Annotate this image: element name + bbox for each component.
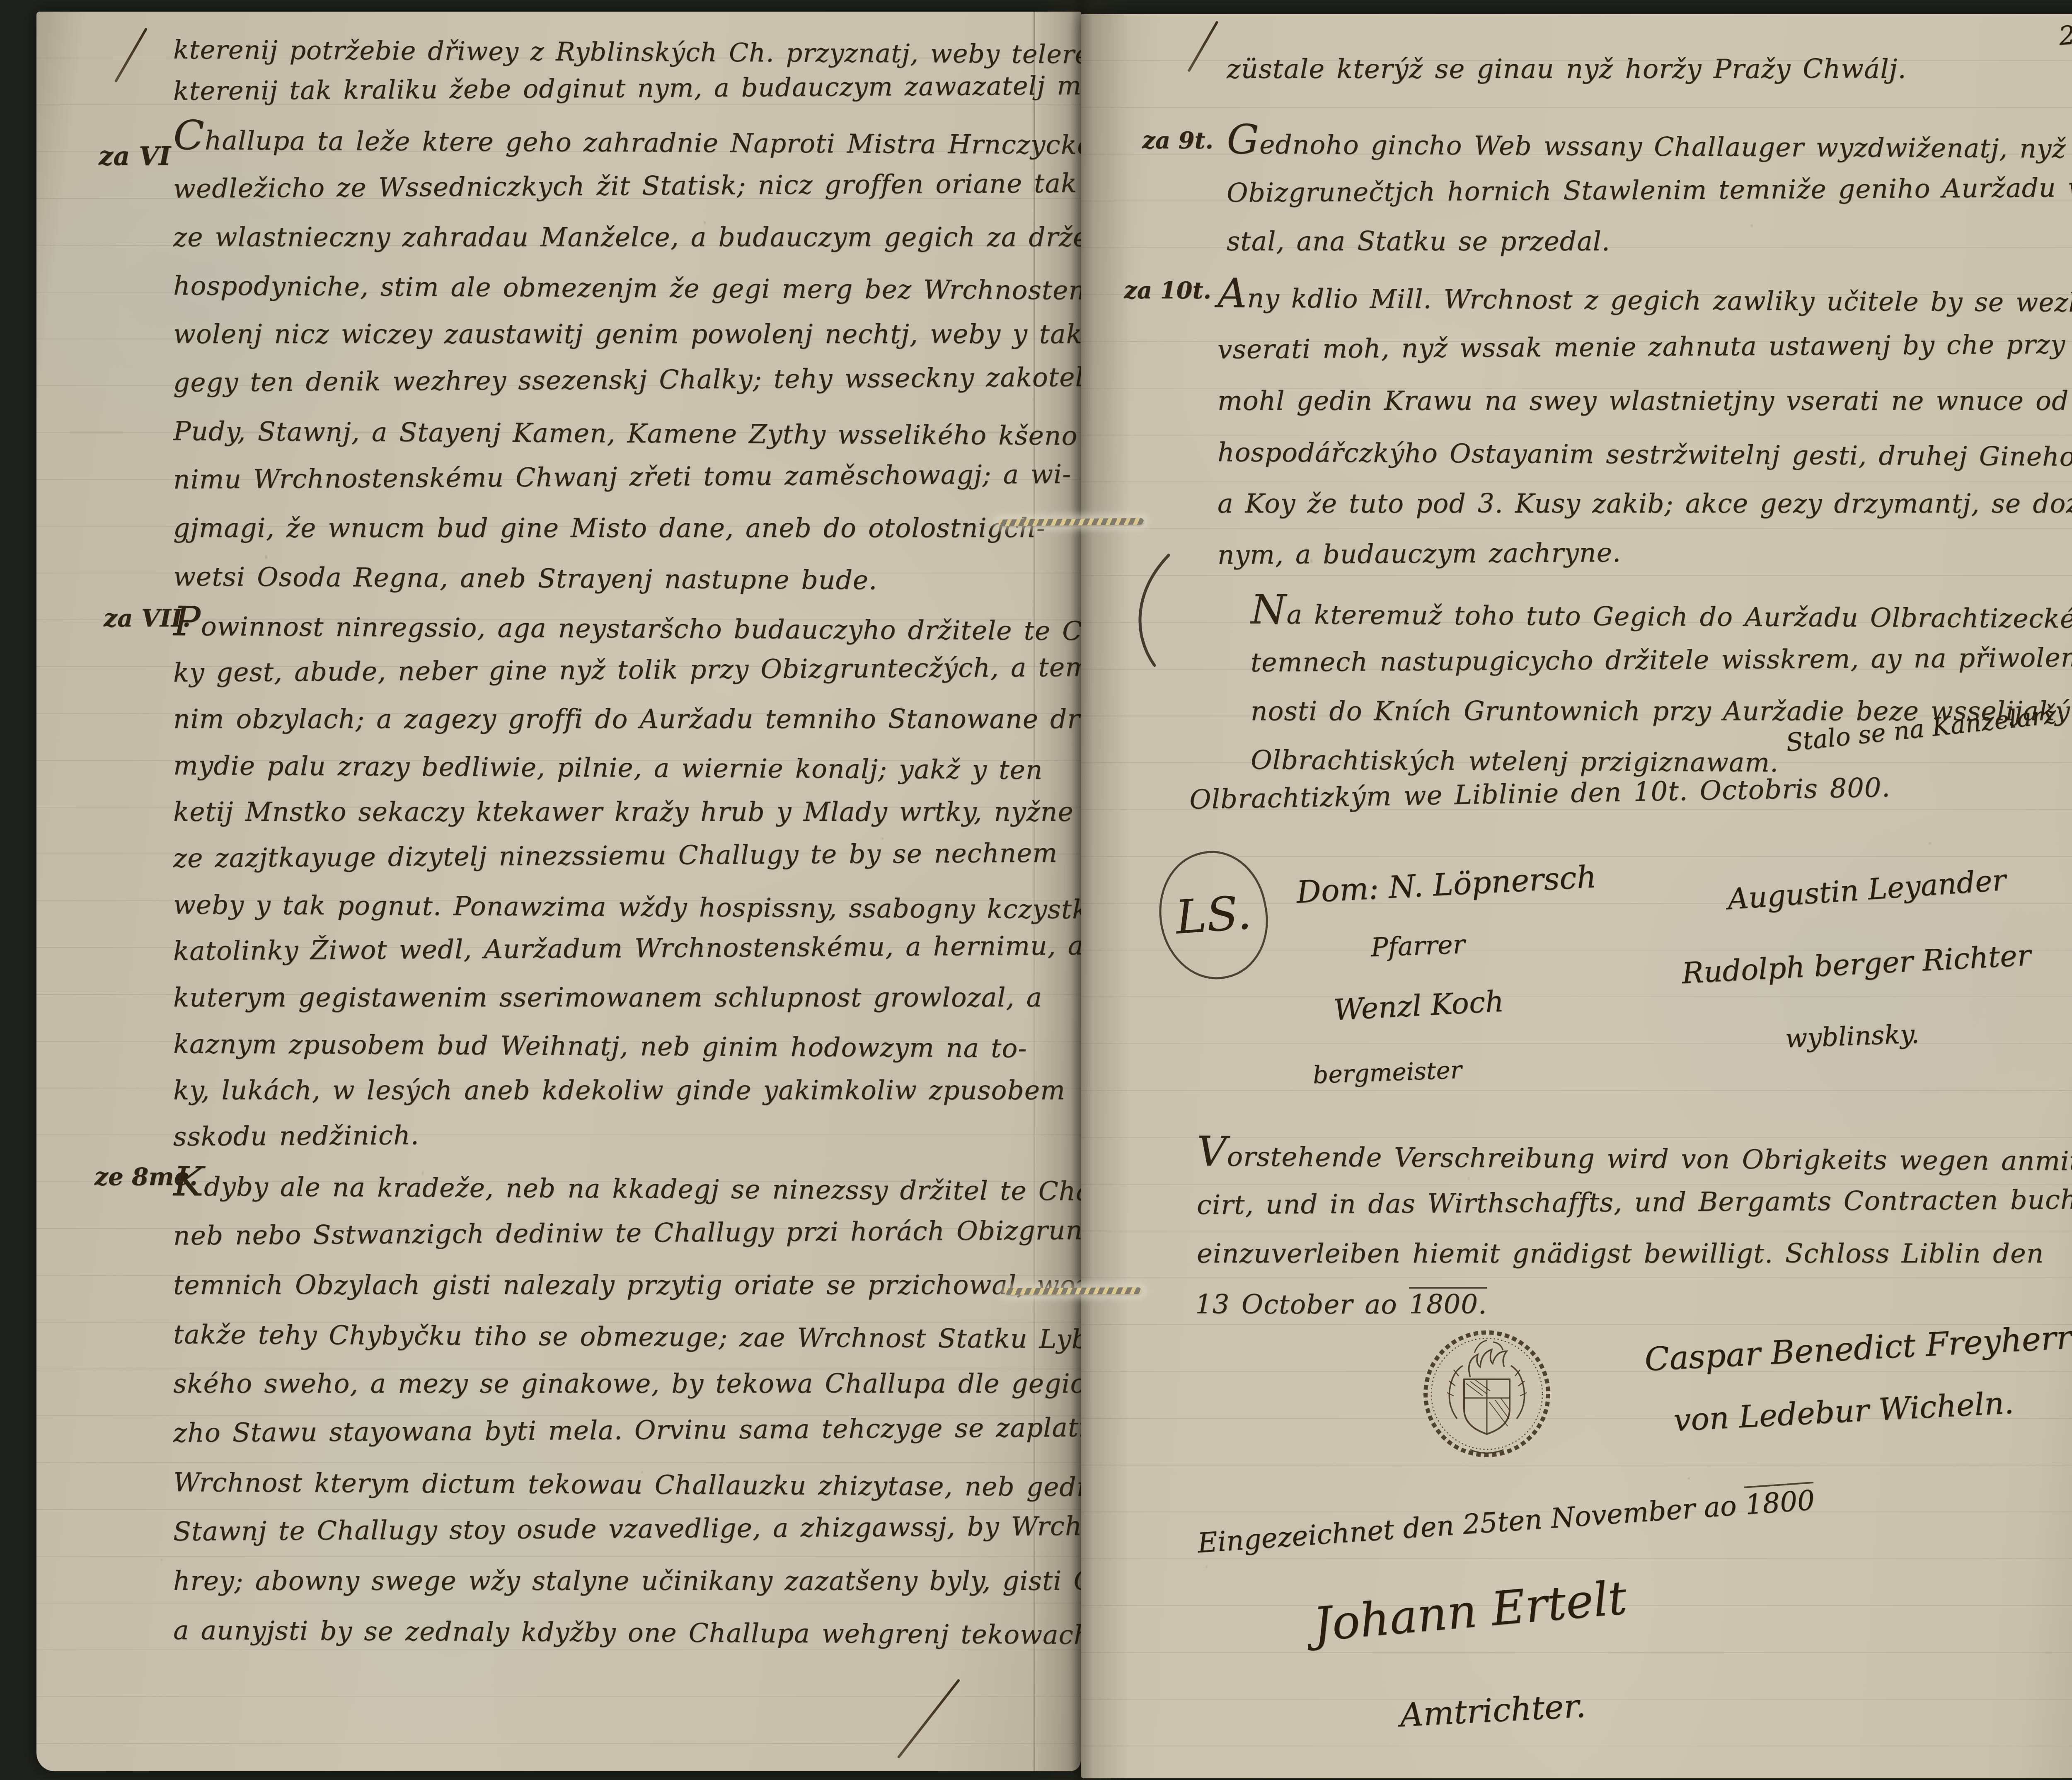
witness-title: Pfarrer	[1370, 929, 1466, 963]
witness-signature: Dom: N. Löpnersch	[1295, 859, 1597, 910]
handwritten-line: hospodyniche, stim ale obmezenjm že gegi…	[173, 261, 1077, 314]
handwritten-line: kuterym gegistawenim sserimowanem schlup…	[173, 975, 1077, 1021]
registration-prefix: Eingezeichnet den 25ten November ao	[1196, 1490, 1738, 1559]
handwritten-line: ze wlastnieczny zahradau Manželce, a bud…	[173, 213, 1077, 261]
handwritten-line: ky, lukách, w lesých aneb kdekoliw ginde…	[173, 1067, 1077, 1114]
handwritten-line: katolinky Žiwot wedl, Auržadum Wrchnoste…	[173, 923, 1077, 975]
handwritten-line: wetsi Osoda Regna, aneb Strayenj nastupn…	[173, 552, 1077, 605]
paragraph-vi: Challupa ta leže ktere geho zahradnie Na…	[173, 116, 1077, 601]
pen-flourish-icon	[897, 1679, 960, 1759]
handwritten-line: nim obzylach; a zagezy groffi do Auržadu…	[173, 696, 1077, 742]
registrar-signature: Johann Ertelt	[1311, 1571, 1629, 1652]
registration-line: Eingezeichnet den 25ten November ao 1800	[1196, 1484, 1815, 1559]
handwritten-line: a Koy že tuto pod 3. Kusy zakib; akce ge…	[1218, 478, 2072, 530]
handwritten-line: Obizgrunečtjch hornich Stawlenim temniže…	[1227, 163, 2072, 217]
handwritten-line: wedležicho ze Wssedniczkych žit Statisk;…	[173, 159, 1077, 213]
handwritten-line: neb nebo Sstwanzigch dediniw te Challugy…	[173, 1206, 1081, 1260]
handwritten-line: wolenj nicz wiczey zaustawitj genim powo…	[173, 310, 1077, 358]
witness-signature: Augustin Leyander	[1726, 863, 2007, 917]
handwritten-line: temnich Obzylach gisti nalezaly przytig …	[173, 1260, 1081, 1310]
handwritten-line: vserati moh, nyž wssak menie zahnuta ust…	[1218, 319, 2072, 375]
handwritten-line: gegy ten denik wezhrey ssezenskj Chalky;…	[173, 353, 1077, 407]
handwritten-line: stal, ana Statku se przedal.	[1227, 217, 2072, 266]
owner-signature-line2: von Ledebur Wicheln.	[1673, 1385, 2014, 1439]
handwritten-line: kaznym zpusobem bud Weihnatj, neb ginim …	[173, 1021, 1077, 1072]
pen-flourish-icon	[114, 28, 148, 83]
registration-year: 1800	[1744, 1482, 1815, 1521]
handwritten-line: ketij Mnstko sekaczy ktekawer kražy hrub…	[173, 789, 1077, 835]
registrar-title: Amtrichter.	[1399, 1687, 1587, 1734]
margin-marker-10: za 10t.	[1124, 277, 1211, 304]
witness-signature: wyblinsky.	[1785, 1018, 1920, 1053]
manuscript-spread: kterenij potržebie dřiwey z Ryblinských …	[0, 0, 2072, 1780]
paragraph-9: Gednoho gincho Web wssany Challauger wyz…	[1227, 120, 2072, 266]
handwritten-line: takže tehy Chybyčku tiho se obmezuge; za…	[173, 1310, 1081, 1364]
handwritten-line: ského sweho, a mezy se ginakowe, by teko…	[173, 1359, 1081, 1408]
binding-thread-bottom	[1005, 1287, 1141, 1295]
witness-title: bergmeister	[1312, 1056, 1462, 1089]
handwritten-line: sskodu nedžinich.	[173, 1108, 1077, 1160]
carryover-line: züstale kterýž se ginau nyž horžy Pražy …	[1227, 54, 1907, 85]
paragraph-vii: Powinnost ninregssio, aga neystaršcho bu…	[173, 603, 1077, 1160]
handwritten-line: nym, a budauczym zachryne.	[1218, 524, 2072, 581]
folio-number: 22.	[2057, 17, 2072, 51]
right-page: 22. züstale kterýž se ginau nyž horžy Pr…	[1081, 14, 2072, 1778]
handwritten-line: ze zazjtkayuge dizytelj ninezssiemu Chal…	[173, 830, 1077, 882]
pen-flourish-icon	[1187, 21, 1218, 72]
handwritten-line: hospodářczkýho Ostayanim sestržwitelnj g…	[1218, 427, 2072, 483]
paragraph-closing: Na kteremuž toho tuto Gegich do Auržadu …	[1218, 590, 2072, 784]
handwritten-line: nimu Wrchnostenskému Chwanj zřeti tomu z…	[173, 450, 1077, 504]
handwritten-line: hrey; abowny swege wžy stalyne učinikany…	[173, 1556, 1081, 1606]
handwritten-line: mydie palu zrazy bedliwie, pilnie, a wie…	[173, 742, 1077, 793]
seal-drawing-icon	[1408, 1311, 1566, 1473]
locus-sigilli-label: LS.	[1174, 886, 1253, 945]
paragraph-10: Any kdlio Mill. Wrchnost z gegich zawlik…	[1218, 273, 2072, 581]
margin-marker-vi: za VI	[99, 141, 171, 171]
handwritten-line: einzuverleiben hiemit gnädigst bewilligt…	[1197, 1230, 2072, 1278]
margin-marker-9: za 9t.	[1142, 127, 1213, 154]
pen-curve-flourish-icon	[1129, 553, 1183, 677]
handwritten-line: mohl gedin Krawu na swey wlastnietjny vs…	[1218, 375, 2072, 427]
locus-sigilli-mark: LS.	[1147, 841, 1280, 989]
handwritten-line: cirt, und in das Wirthschaffts, und Berg…	[1197, 1176, 2072, 1230]
witness-signature: Rudolph berger Richter	[1681, 938, 2031, 990]
handwritten-line: temnech nastupugicycho držitele wisskrem…	[1218, 633, 2072, 687]
owner-signature-line1: Caspar Benedict Freyherr	[1644, 1319, 2072, 1379]
paragraph-8: Kdyby ale na kradeže, neb na kkadegj se …	[173, 1162, 1081, 1655]
witness-signature: Wenzl Koch	[1333, 984, 1505, 1027]
handwritten-line: zho Stawu stayowana byti mela. Orvinu sa…	[173, 1403, 1081, 1458]
ratification-date-prefix: 13 October ao	[1195, 1289, 1397, 1320]
handwritten-line: a aunyjsti by se zednaly kdyžby one Chal…	[173, 1606, 1081, 1659]
handwritten-line: ky gest, abude, neber gine nyž tolik prz…	[173, 644, 1077, 696]
paragraph-ratification: Vorstehende Verschreibung wird von Obrig…	[1197, 1133, 2072, 1278]
handwritten-line: gjmagi, že wnucm bud gine Misto dane, an…	[173, 504, 1077, 552]
handwritten-line: Stawnj te Challugy stoy osude vzavedlige…	[173, 1502, 1081, 1556]
binding-thread-top	[999, 518, 1144, 526]
left-page: kterenij potržebie dřiwey z Ryblinských …	[36, 12, 1081, 1771]
paragraph-intro: kterenij potržebie dřiwey z Ryblinských …	[173, 29, 1070, 112]
handwritten-line: kterenij tak kraliku žebe odginut nym, a…	[173, 65, 1071, 112]
